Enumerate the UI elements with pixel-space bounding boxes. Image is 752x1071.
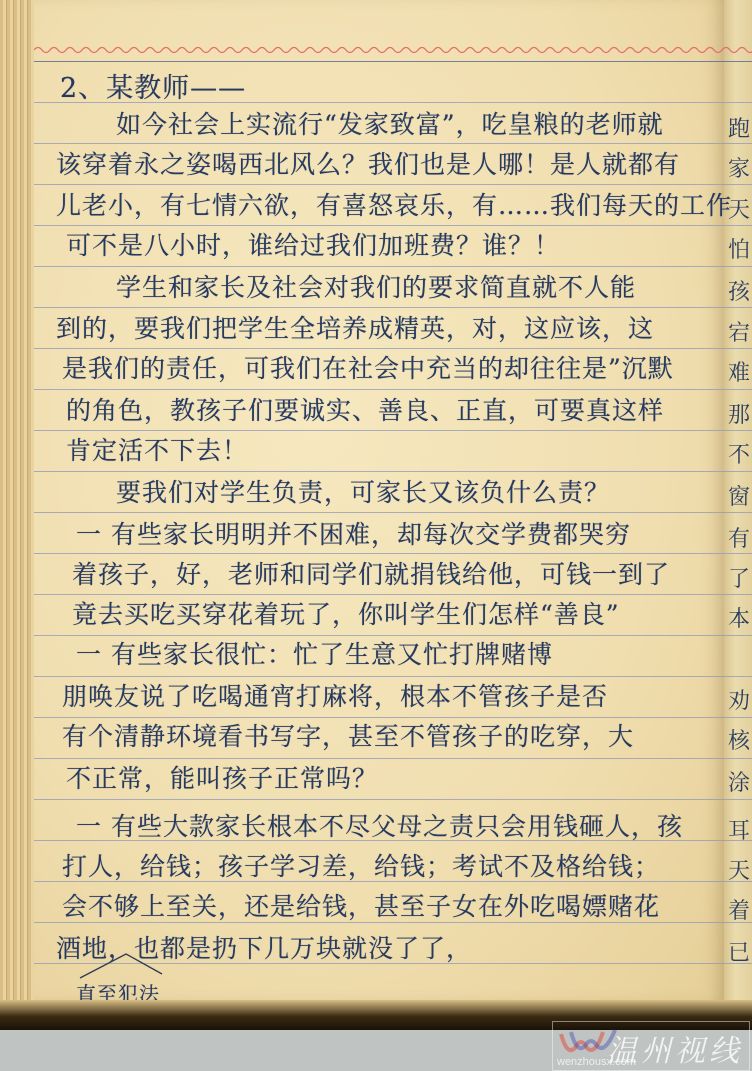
watermark-url: wenzhousx.com (557, 1056, 636, 1068)
next-page-char: 了 (728, 562, 750, 593)
next-page-char: 不 (728, 438, 750, 469)
next-page-char: 怕 (728, 233, 750, 264)
section-heading: 2、某教师—— (60, 66, 246, 105)
next-page-char: 那 (728, 398, 750, 429)
next-page-char: 涂 (728, 766, 750, 797)
next-page-char: 天 (728, 854, 750, 885)
text-line: 一 有些家长很忙：忙了生意又忙打牌赌博 (76, 640, 553, 670)
watermark: 温州视线 wenzhousx.com (552, 1021, 750, 1071)
next-page-char: 劝 (728, 684, 750, 715)
next-page-char: 孩 (728, 275, 750, 306)
next-page-char: 家 (728, 152, 750, 183)
text-line: 一 有些大款家长根本不尽父母之责只会用钱砸人，孩 (76, 812, 683, 842)
text-line: 会不够上至关，还是给钱，甚至子女在外吃喝嫖赌花 (62, 892, 660, 922)
next-page-char: 本 (728, 602, 750, 633)
next-page-char: 窗 (728, 480, 750, 511)
text-line: 儿老小，有七情六欲，有喜怒哀乐，有……我们每天的工作 (56, 191, 732, 221)
text-line: 竟去买吃买穿花着玩了，你叫学生们怎样“善良” (72, 600, 620, 630)
text-line: 有个清静环境看书写字，甚至不管孩子的吃穿，大 (62, 722, 634, 752)
text-line: 要我们对学生负责，可家长又该负什么责？ (116, 478, 610, 508)
next-page-char: 有 (728, 522, 750, 553)
next-page-char: 跑 (728, 112, 750, 143)
text-line: 的角色，教孩子们要诚实、善良、正直，可要真这样 (66, 396, 664, 426)
text-line: 学生和家长及社会对我们的要求简直就不人能 (116, 273, 636, 303)
text-line: 不正常，能叫孩子正常吗？ (66, 764, 378, 794)
text-line: 朋唤友说了吃喝通宵打麻将，根本不管孩子是否 (62, 682, 608, 712)
next-page-char: 宕 (728, 316, 750, 347)
text-line: 打人，给钱；孩子学习差，给钱；考试不及格给钱； (62, 852, 660, 882)
insertion-caret-mark (70, 950, 180, 980)
text-line: 该穿着永之姿喝西北风么？我们也是人哪！是人就都有 (56, 150, 680, 180)
text-line: 着孩子，好，老师和同学们就捐钱给他，可钱一到了 (72, 560, 670, 590)
next-page-char: 难 (728, 356, 750, 387)
next-page-char: 已 (728, 936, 750, 967)
text-line: 如今社会上实流行“发家致富”，吃皇粮的老师就 (116, 110, 664, 140)
text-line: 肯定活不下去！ (66, 436, 248, 466)
text-line: 可不是八小时，谁给过我们加班费？谁？！ (66, 231, 560, 261)
next-page-char: 天 (728, 193, 750, 224)
page-edges (0, 0, 35, 1030)
next-page-char: 耳 (728, 814, 750, 845)
next-page-char: 核 (728, 724, 750, 755)
next-page-char: 着 (728, 894, 750, 925)
text-line: 是我们的责任，可我们在社会中充当的却往往是”沉默 (62, 354, 674, 384)
text-line: 一 有些家长明明并不困难，却每次交学费都哭穷 (76, 520, 631, 550)
text-line: 到的，要我们把学生全培养成精英，对，这应该，这 (56, 314, 654, 344)
notebook: 2、某教师—— 如今社会上实流行“发家致富”，吃皇粮的老师就 该穿着永之姿喝西北… (0, 0, 752, 1030)
